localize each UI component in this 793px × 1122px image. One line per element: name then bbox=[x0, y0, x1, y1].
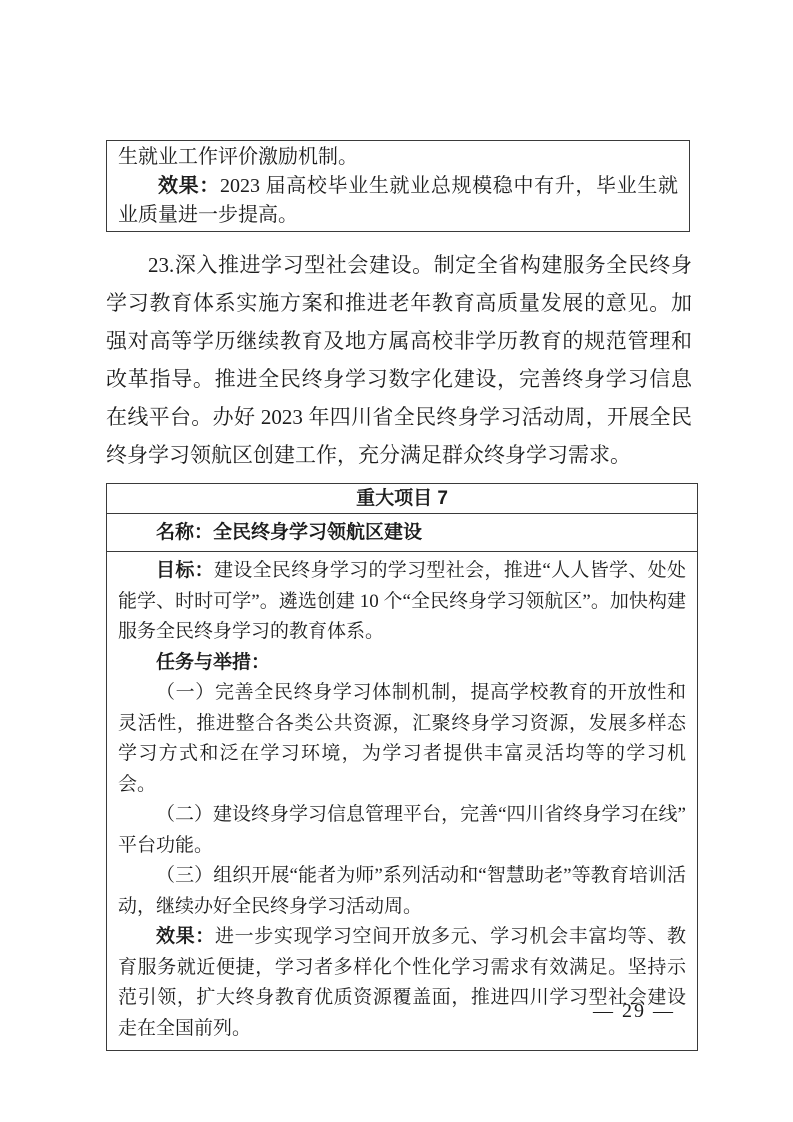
continuation-project-box: 生就业工作评价激励机制。 效果：2023 届高校毕业生就业总规模稳中有升，毕业生… bbox=[106, 140, 690, 232]
effect-label: 效果： bbox=[158, 175, 220, 197]
tasks-heading: 任务与举措： bbox=[118, 648, 686, 679]
page-number: — 29 — bbox=[593, 1000, 675, 1023]
name-label: 名称： bbox=[156, 522, 213, 543]
name-text: 全民终身学习领航区建设 bbox=[213, 522, 422, 543]
project-name-row: 名称：全民终身学习领航区建设 bbox=[107, 514, 697, 552]
goal-label: 目标： bbox=[156, 560, 214, 581]
project-table-body: 目标：建设全民终身学习的学习型社会，推进“人人皆学、处处能学、时时可学”。遴选创… bbox=[107, 552, 697, 1050]
paragraph-item-23: 23.深入推进学习型社会建设。制定全省构建服务全民终身学习教育体系实施方案和推进… bbox=[106, 246, 692, 474]
task-item-3: （三）组织开展“能者为师”系列活动和“智慧助老”等教育培训活动，继续办好全民终身… bbox=[118, 861, 686, 922]
continuation-effect-paragraph: 效果：2023 届高校毕业生就业总规模稳中有升，毕业生就业质量进一步提高。 bbox=[118, 172, 678, 230]
document-page: 生就业工作评价激励机制。 效果：2023 届高校毕业生就业总规模稳中有升，毕业生… bbox=[0, 0, 793, 1122]
project-table-header: 重大项目 7 bbox=[107, 484, 697, 514]
task-item-2: （二）建设终身学习信息管理平台，完善“四川省终身学习在线”平台功能。 bbox=[118, 800, 686, 861]
project-effect-label: 效果： bbox=[156, 926, 215, 947]
goal-paragraph: 目标：建设全民终身学习的学习型社会，推进“人人皆学、处处能学、时时可学”。遴选创… bbox=[118, 556, 686, 648]
tasks-label: 任务与举措： bbox=[156, 652, 270, 673]
effect-paragraph: 效果：进一步实现学习空间开放多元、学习机会丰富均等、教育服务就近便捷，学习者多样… bbox=[118, 922, 686, 1044]
major-project-table: 重大项目 7 名称：全民终身学习领航区建设 目标：建设全民终身学习的学习型社会，… bbox=[106, 483, 698, 1051]
task-item-1: （一）完善全民终身学习体制机制，提高学校教育的开放性和灵活性，推进整合各类公共资… bbox=[118, 678, 686, 800]
continuation-line: 生就业工作评价激励机制。 bbox=[118, 143, 678, 172]
